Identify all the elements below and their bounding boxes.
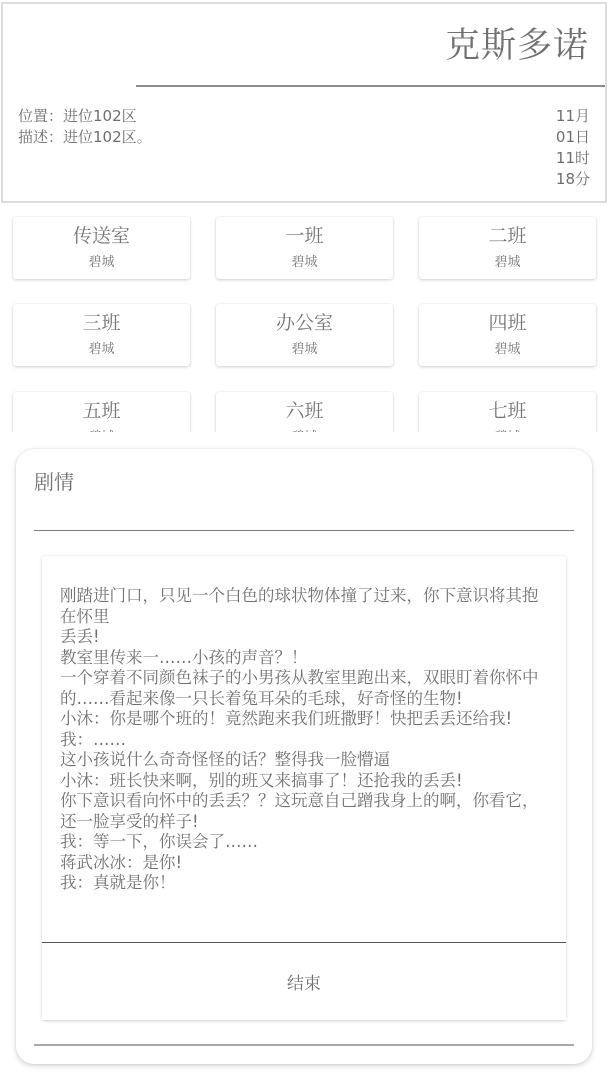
- story-line: 我：真就是你！: [60, 873, 548, 894]
- story-line: 刚踏进门口，只见一个白色的球状物体撞了过来，你下意识将其抱在怀里: [60, 586, 548, 627]
- time-month: 11月: [556, 106, 590, 127]
- story-line: 丢丢!: [60, 627, 548, 648]
- location-card-class-7[interactable]: 七班 碧城: [419, 392, 596, 432]
- story-text-scroll[interactable]: 刚踏进门口，只见一个白色的球状物体撞了过来，你下意识将其抱在怀里 丢丢! 教室里…: [42, 556, 566, 943]
- story-line: 我：等一下，你误会了……: [60, 832, 548, 853]
- story-line: 蒋武冰冰：是你!: [60, 853, 548, 874]
- description-line: 描述：进位102区。: [18, 127, 152, 148]
- story-line: 教室里传来一……小孩的声音？！: [60, 648, 548, 669]
- location-name: 二班: [419, 222, 596, 250]
- location-card-class-1[interactable]: 一班 碧城: [216, 217, 393, 279]
- dialog-title-divider: [34, 530, 574, 531]
- story-dialog: 剧情 刚踏进门口，只见一个白色的球状物体撞了过来，你下意识将其抱在怀里 丢丢! …: [16, 449, 592, 1064]
- location-card-transport-room[interactable]: 传送室 碧城: [13, 217, 190, 279]
- time-day: 01日: [556, 127, 590, 148]
- end-button[interactable]: 结束: [42, 943, 566, 1020]
- location-area: 碧城: [216, 340, 393, 360]
- location-area: 碧城: [13, 253, 190, 273]
- location-area: 碧城: [13, 428, 190, 432]
- location-name: 三班: [13, 309, 190, 337]
- location-name: 四班: [419, 309, 596, 337]
- dialog-bottom-divider: [34, 1044, 574, 1046]
- location-info: 位置：进位102区 描述：进位102区。: [18, 106, 152, 148]
- location-card-class-4[interactable]: 四班 碧城: [419, 304, 596, 366]
- title-divider: [136, 85, 605, 87]
- story-line: 一个穿着不同颜色袜子的小男孩从教室里跑出来，双眼盯着你怀中的……看起来像一只长着…: [60, 668, 548, 709]
- story-line: 你下意识看向怀中的丢丢？？这玩意自己蹭我身上的啊，你看它，还一脸享受的样子!: [60, 791, 548, 832]
- time-minute: 18分: [556, 169, 590, 190]
- location-area: 碧城: [216, 253, 393, 273]
- character-name: 克斯多诺: [445, 22, 589, 70]
- location-name: 七班: [419, 397, 596, 425]
- location-area: 碧城: [419, 428, 596, 432]
- location-area: 碧城: [216, 428, 393, 432]
- location-area: 碧城: [419, 253, 596, 273]
- location-area: 碧城: [419, 340, 596, 360]
- game-time: 11月 01日 11时 18分: [556, 106, 590, 190]
- location-name: 六班: [216, 397, 393, 425]
- location-card-class-6[interactable]: 六班 碧城: [216, 392, 393, 432]
- location-name: 一班: [216, 222, 393, 250]
- location-card-class-5[interactable]: 五班 碧城: [13, 392, 190, 432]
- story-line: 小沐：你是哪个班的！竟然跑来我们班撒野！快把丢丢还给我!: [60, 709, 548, 730]
- story-line: 我：……: [60, 730, 548, 751]
- story-line: 小沐：班长快来啊，别的班又来搞事了！还抢我的丢丢!: [60, 771, 548, 792]
- dialog-title: 剧情: [34, 467, 74, 497]
- location-grid: 传送室 碧城 一班 碧城 二班 碧城 三班 碧城 办公室 碧城 四班 碧城 五班…: [0, 205, 608, 432]
- time-hour: 11时: [556, 148, 590, 169]
- location-name: 办公室: [216, 309, 393, 337]
- location-area: 碧城: [13, 340, 190, 360]
- location-card-class-3[interactable]: 三班 碧城: [13, 304, 190, 366]
- story-line: 这小孩说什么奇奇怪怪的话？整得我一脸懵逼: [60, 750, 548, 771]
- story-card: 刚踏进门口，只见一个白色的球状物体撞了过来，你下意识将其抱在怀里 丢丢! 教室里…: [42, 556, 566, 1020]
- location-name: 五班: [13, 397, 190, 425]
- location-line: 位置：进位102区: [18, 106, 152, 127]
- location-card-class-2[interactable]: 二班 碧城: [419, 217, 596, 279]
- location-header: 克斯多诺 位置：进位102区 描述：进位102区。 11月 01日 11时 18…: [1, 2, 607, 203]
- location-name: 传送室: [13, 222, 190, 250]
- location-card-office[interactable]: 办公室 碧城: [216, 304, 393, 366]
